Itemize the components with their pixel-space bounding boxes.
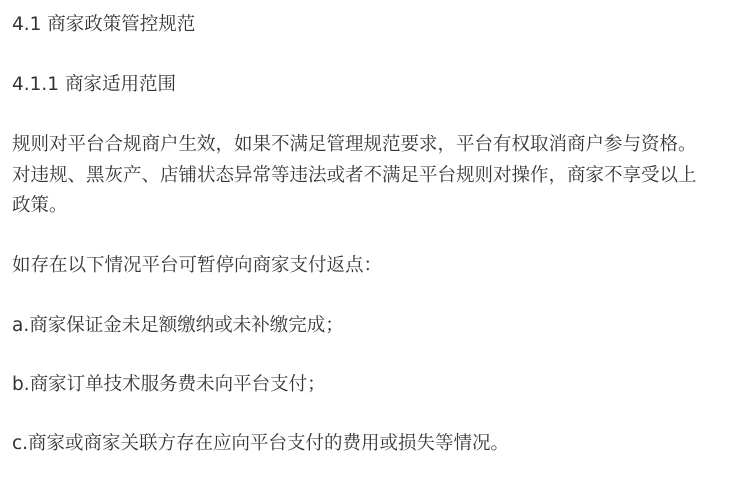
subsection-title: 4.1.1 商家适用范围 bbox=[12, 70, 176, 100]
paragraph-line: 政策。 bbox=[12, 191, 732, 222]
document: 4.1 商家政策管控规范 4.1.1 商家适用范围 规则对平台合规商户生效，如果… bbox=[0, 0, 739, 479]
section-title: 4.1 商家政策管控规范 bbox=[12, 10, 195, 40]
conditions-intro: 如存在以下情况平台可暂停向商家支付返点： bbox=[12, 251, 382, 281]
condition-item-b: b.商家订单技术服务费未向平台支付； bbox=[12, 370, 326, 400]
condition-item-c: c.商家或商家关联方存在应向平台支付的费用或损失等情况。 bbox=[12, 429, 509, 459]
paragraph-line: 规则对平台合规商户生效，如果不满足管理规范要求，平台有权取消商户参与资格。 bbox=[12, 130, 732, 161]
paragraph-line: 对违规、黑灰产、店铺状态异常等违法或者不满足平台规则对操作，商家不享受以上 bbox=[12, 161, 732, 192]
condition-item-a: a.商家保证金未足额缴纳或未补缴完成； bbox=[12, 311, 344, 341]
scope-paragraph: 规则对平台合规商户生效，如果不满足管理规范要求，平台有权取消商户参与资格。 对违… bbox=[12, 130, 732, 222]
